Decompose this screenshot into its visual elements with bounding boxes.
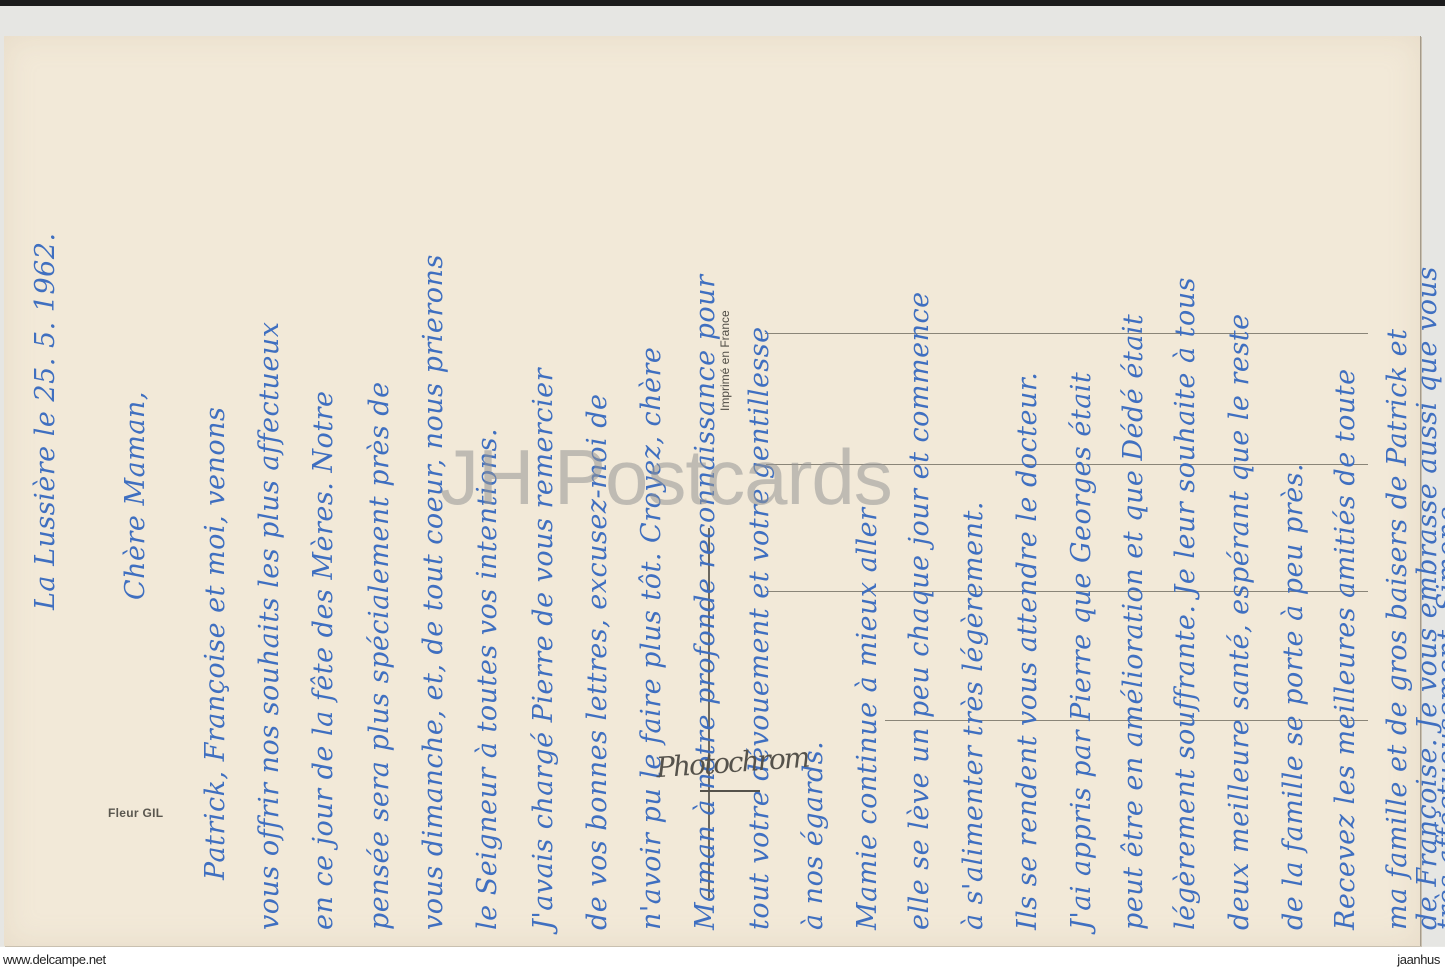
footer-site-label: www.delcampe.net: [3, 952, 106, 967]
handwritten-line: elle se lève un peu chaque jour et comme…: [904, 291, 935, 930]
handwritten-line: deux meilleure santé, espérant que le re…: [1224, 313, 1255, 930]
handwritten-line: Recevez les meilleures amitiés de toute: [1330, 368, 1361, 930]
handwritten-line: pensée sera plus spécialement près de: [364, 381, 395, 930]
handwritten-line: légèrement souffrante. Je leur souhaite …: [1170, 277, 1201, 930]
publisher-label: Fleur GIL: [108, 806, 163, 820]
handwritten-line: La Lussière le 25. 5. 1962.: [30, 232, 61, 610]
stamp-underline: [700, 790, 760, 792]
handwritten-line: de la famille se porte à peu près.: [1278, 463, 1309, 930]
watermark: JH Postcards: [440, 432, 892, 523]
handwritten-line: Chère Maman,: [120, 391, 151, 600]
handwritten-line: J'ai appris par Pierre que Georges était: [1066, 372, 1097, 930]
handwritten-line: vous dimanche, et, de tout coeur, nous p…: [418, 254, 449, 930]
handwritten-line: Patrick, Françoise et moi, venons: [200, 407, 231, 880]
handwritten-line: très affectueusement. Simone: [1432, 506, 1445, 930]
handwritten-line: à s'alimenter très légèrement.: [958, 501, 989, 930]
handwritten-line: Maman à notre profonde reconnaissance po…: [690, 275, 721, 930]
handwritten-line: vous offrir nos souhaits les plus affect…: [254, 322, 285, 930]
handwritten-line: tout votre dévouement et votre gentilles…: [744, 326, 775, 930]
handwritten-line: en ce jour de la fête des Mères. Notre: [308, 390, 339, 930]
handwritten-line: ma famille et de gros baisers de Patrick…: [1382, 329, 1413, 930]
handwritten-line: Mamie continue à mieux aller: [852, 508, 883, 930]
address-line-1: [765, 333, 1368, 334]
footer-seller-label: jaanhus: [1397, 952, 1440, 967]
footer-bar: [0, 947, 1445, 973]
handwritten-line: peut être en amélioration et que Dédé ét…: [1118, 314, 1149, 930]
handwritten-line: Ils se rendent vous attendre le docteur.: [1012, 372, 1043, 930]
